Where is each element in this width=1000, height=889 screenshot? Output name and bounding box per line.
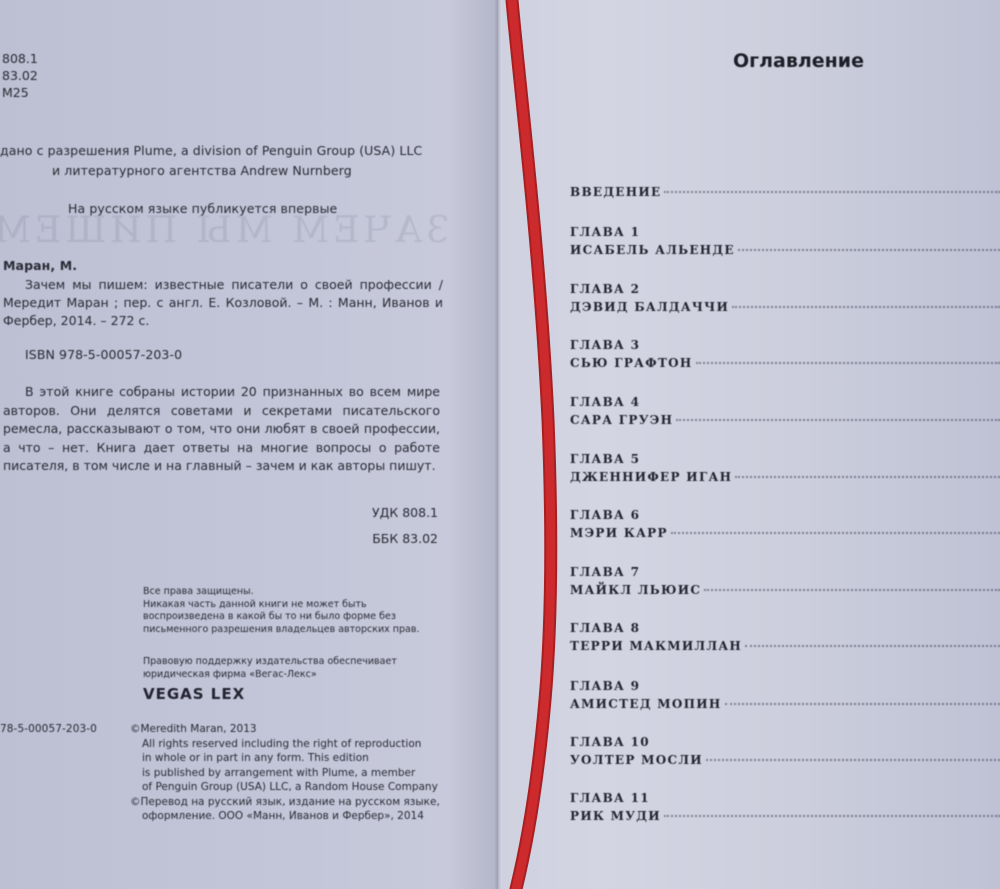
classification-block: УДК 808.1 ББК 83.02 <box>372 500 438 552</box>
bibliographic-record: Зачем мы пишем: известные писатели о сво… <box>3 276 443 330</box>
copyright-line: of Penguin Group (USA) LLC, a Random Hou… <box>130 780 440 795</box>
toc-entry: ГЛАВА 4САРА ГРУЭН <box>570 395 1000 427</box>
toc-line: УОЛТЕР МОСЛИ <box>570 753 1000 767</box>
toc-chapter-label: ГЛАВА 1 <box>570 225 1000 243</box>
toc-chapter-label: ГЛАВА 7 <box>570 565 1000 583</box>
toc-entry: ГЛАВА 11РИК МУДИ <box>570 791 1000 823</box>
toc-dot-leader <box>732 306 1000 308</box>
toc-author-name: УОЛТЕР МОСЛИ <box>570 753 703 767</box>
toc-author-name: ТЕРРИ МАКМИЛЛАН <box>570 639 742 653</box>
toc-line: РИК МУДИ <box>570 809 1000 823</box>
toc-dot-leader <box>725 703 1000 705</box>
permission-line-2: и литературного агентства Andrew Nurnber… <box>52 163 352 178</box>
toc-title: Оглавление <box>733 50 864 72</box>
toc-dot-leader <box>738 249 1000 251</box>
toc-line: ДЖЕННИФЕР ИГАН <box>570 470 1000 484</box>
toc-entry: ГЛАВА 10УОЛТЕР МОСЛИ <box>570 735 1000 767</box>
toc-dot-leader <box>676 419 1000 421</box>
toc-dot-leader <box>696 362 1000 364</box>
toc-entry: ГЛАВА 2ДЭВИД БАЛДАЧЧИ <box>570 282 1000 314</box>
toc-entry: ГЛАВА 6МЭРИ КАРР <box>570 508 1000 540</box>
udk-code: УДК 808.1 <box>372 500 438 526</box>
legal-line: юридическая фирма «Вегас-Лекс» <box>143 669 397 682</box>
toc-line: МАЙКЛ ЛЬЮИС <box>570 583 1000 597</box>
copyright-line: All rights reserved including the right … <box>130 737 440 752</box>
toc-entry: ВВЕДЕНИЕ <box>570 185 1000 199</box>
toc-entry: ГЛАВА 8ТЕРРИ МАКМИЛЛАН <box>570 621 1000 653</box>
permission-line-1: дано с разрешения Plume, a division of P… <box>0 143 422 158</box>
toc-author-name: ВВЕДЕНИЕ <box>570 185 661 199</box>
toc-dot-leader <box>704 589 1000 591</box>
rights-line: Никакая часть данной книги не может быть <box>143 599 419 612</box>
legal-support: Правовую поддержку издательства обеспечи… <box>143 656 397 681</box>
toc-line: СЬЮ ГРАФТОН <box>570 356 1000 370</box>
toc-line: АМИСТЕД МОПИН <box>570 697 1000 711</box>
toc-entry: ГЛАВА 7МАЙКЛ ЛЬЮИС <box>570 565 1000 597</box>
toc-author-name: МЭРИ КАРР <box>570 526 668 540</box>
toc-line: ДЭВИД БАЛДАЧЧИ <box>570 300 1000 314</box>
toc-entry: ГЛАВА 9АМИСТЕД МОПИН <box>570 679 1000 711</box>
book-spine-seam <box>494 0 502 889</box>
toc-entry: ГЛАВА 5ДЖЕННИФЕР ИГАН <box>570 452 1000 484</box>
code-bbk-short: 83.02 <box>2 67 38 84</box>
toc-author-name: СЬЮ ГРАФТОН <box>570 356 693 370</box>
toc-chapter-label: ГЛАВА 9 <box>570 679 1000 697</box>
toc-chapter-label: ГЛАВА 11 <box>570 791 1000 809</box>
toc-chapter-label: ГЛАВА 6 <box>570 508 1000 526</box>
toc-dot-leader <box>735 476 1000 478</box>
rights-reserved: Все права защищены. Никакая часть данной… <box>143 586 419 636</box>
toc-dot-leader <box>745 645 1000 647</box>
copyright-line: is published by arrangement with Plume, … <box>130 766 440 781</box>
toc-author-name: АМИСТЕД МОПИН <box>570 697 722 711</box>
copyright-line: ©Перевод на русский язык, издание на рус… <box>130 795 440 810</box>
book-abstract: В этой книге собраны истории 20 признанн… <box>3 383 440 476</box>
toc-chapter-label: ГЛАВА 8 <box>570 621 1000 639</box>
code-udk-short: 808.1 <box>2 50 38 67</box>
rights-line: письменного разрешения владельцев авторс… <box>143 624 419 637</box>
toc-line: САРА ГРУЭН <box>570 413 1000 427</box>
toc-entry: ГЛАВА 3СЬЮ ГРАФТОН <box>570 338 1000 370</box>
isbn-short: 78-5-00057-203-0 <box>0 723 97 735</box>
bbk-code: ББК 83.02 <box>372 526 438 552</box>
toc-author-name: ДЖЕННИФЕР ИГАН <box>570 470 732 484</box>
toc-entry: ГЛАВА 1ИСАБЕЛЬ АЛЬЕНДЕ <box>570 225 1000 257</box>
left-page: 808.1 83.02 M25 дано с разрешения Plume,… <box>0 0 498 889</box>
show-through-title: ЗАЧЕМ МЫ ПИШЕМ <box>0 210 449 251</box>
toc-author-name: РИК МУДИ <box>570 809 661 823</box>
toc-dot-leader <box>706 759 1000 761</box>
toc-chapter-label: ГЛАВА 4 <box>570 395 1000 413</box>
rights-line: воспроизведена в какой бы то ни было фор… <box>143 611 419 624</box>
toc-author-name: ИСАБЕЛЬ АЛЬЕНДЕ <box>570 243 735 257</box>
legal-line: Правовую поддержку издательства обеспечи… <box>143 656 397 669</box>
author-heading: Маран, М. <box>3 258 77 273</box>
toc-line: МЭРИ КАРР <box>570 526 1000 540</box>
copyright-line: in whole or in part in any form. This ed… <box>130 751 440 766</box>
toc-chapter-label: ГЛАВА 5 <box>570 452 1000 470</box>
copyright-line: оформление. ООО «Манн, Иванов и Фербер»,… <box>130 809 440 824</box>
toc-chapter-label: ГЛАВА 3 <box>570 338 1000 356</box>
rights-line: Все права защищены. <box>143 586 419 599</box>
vegas-lex-logo: VEGAS LEX <box>143 685 245 703</box>
classification-codes: 808.1 83.02 M25 <box>2 50 38 101</box>
toc-author-name: ДЭВИД БАЛДАЧЧИ <box>570 300 729 314</box>
toc-dot-leader <box>664 815 1000 817</box>
toc-line: ТЕРРИ МАКМИЛЛАН <box>570 639 1000 653</box>
code-author-mark: M25 <box>2 84 38 101</box>
toc-dot-leader <box>664 191 1000 193</box>
toc-chapter-label: ГЛАВА 10 <box>570 735 1000 753</box>
isbn: ISBN 978-5-00057-203-0 <box>25 347 182 362</box>
copyright-block: ©Meredith Maran, 2013 All rights reserve… <box>130 722 440 824</box>
toc-dot-leader <box>671 532 1000 534</box>
toc-author-name: МАЙКЛ ЛЬЮИС <box>570 583 701 597</box>
copyright-line: ©Meredith Maran, 2013 <box>130 722 440 737</box>
toc-author-name: САРА ГРУЭН <box>570 413 673 427</box>
toc-line: ВВЕДЕНИЕ <box>570 185 1000 199</box>
toc-line: ИСАБЕЛЬ АЛЬЕНДЕ <box>570 243 1000 257</box>
toc-chapter-label: ГЛАВА 2 <box>570 282 1000 300</box>
